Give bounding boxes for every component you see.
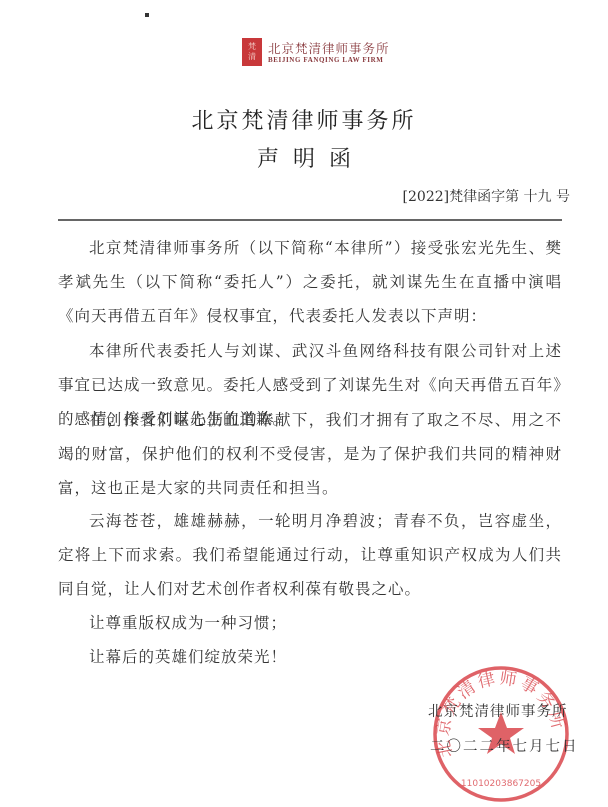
signature-firm: 北京梵清律师事务所 xyxy=(428,700,568,721)
letterhead-name-cn: 北京梵清律师事务所 xyxy=(268,41,390,56)
official-seal-icon: 北京梵清律师事务所 11010203867205 xyxy=(431,664,571,804)
slogan-1: 让尊重版权成为一种习惯； xyxy=(58,606,562,640)
document-title-firm: 北京梵清律师事务所 xyxy=(0,104,608,135)
letterhead-logo: 梵 清 北京梵清律师事务所 BEIJING FANQING LAW FIRM xyxy=(242,38,390,66)
seal-number: 11010203867205 xyxy=(461,779,541,789)
document-number: [2022]梵律函字第 十九 号 xyxy=(403,186,570,206)
letterhead-name-en: BEIJING FANQING LAW FIRM xyxy=(268,56,390,64)
paragraph-3: 在创作者们呕心沥血的奉献下，我们才拥有了取之不尽、用之不竭的财富，保护他们的权利… xyxy=(58,403,562,505)
scan-speck xyxy=(145,13,149,17)
logo-seal-icon: 梵 清 xyxy=(242,38,262,66)
paragraph-1: 北京梵清律师事务所（以下简称“本律所”）接受张宏光先生、樊孝斌先生（以下简称“委… xyxy=(58,231,562,333)
document-title: 声明函 xyxy=(0,142,608,173)
signature-date: 二〇二二年七月七日 xyxy=(430,735,579,756)
header-divider xyxy=(58,219,562,221)
logo-glyph: 梵 xyxy=(248,42,256,52)
paragraph-4: 云海苍苍，雄雄赫赫，一轮明月净碧波；青春不负，岂容虚坐，定将上下而求索。我们希望… xyxy=(58,504,562,606)
logo-glyph: 清 xyxy=(248,52,256,62)
